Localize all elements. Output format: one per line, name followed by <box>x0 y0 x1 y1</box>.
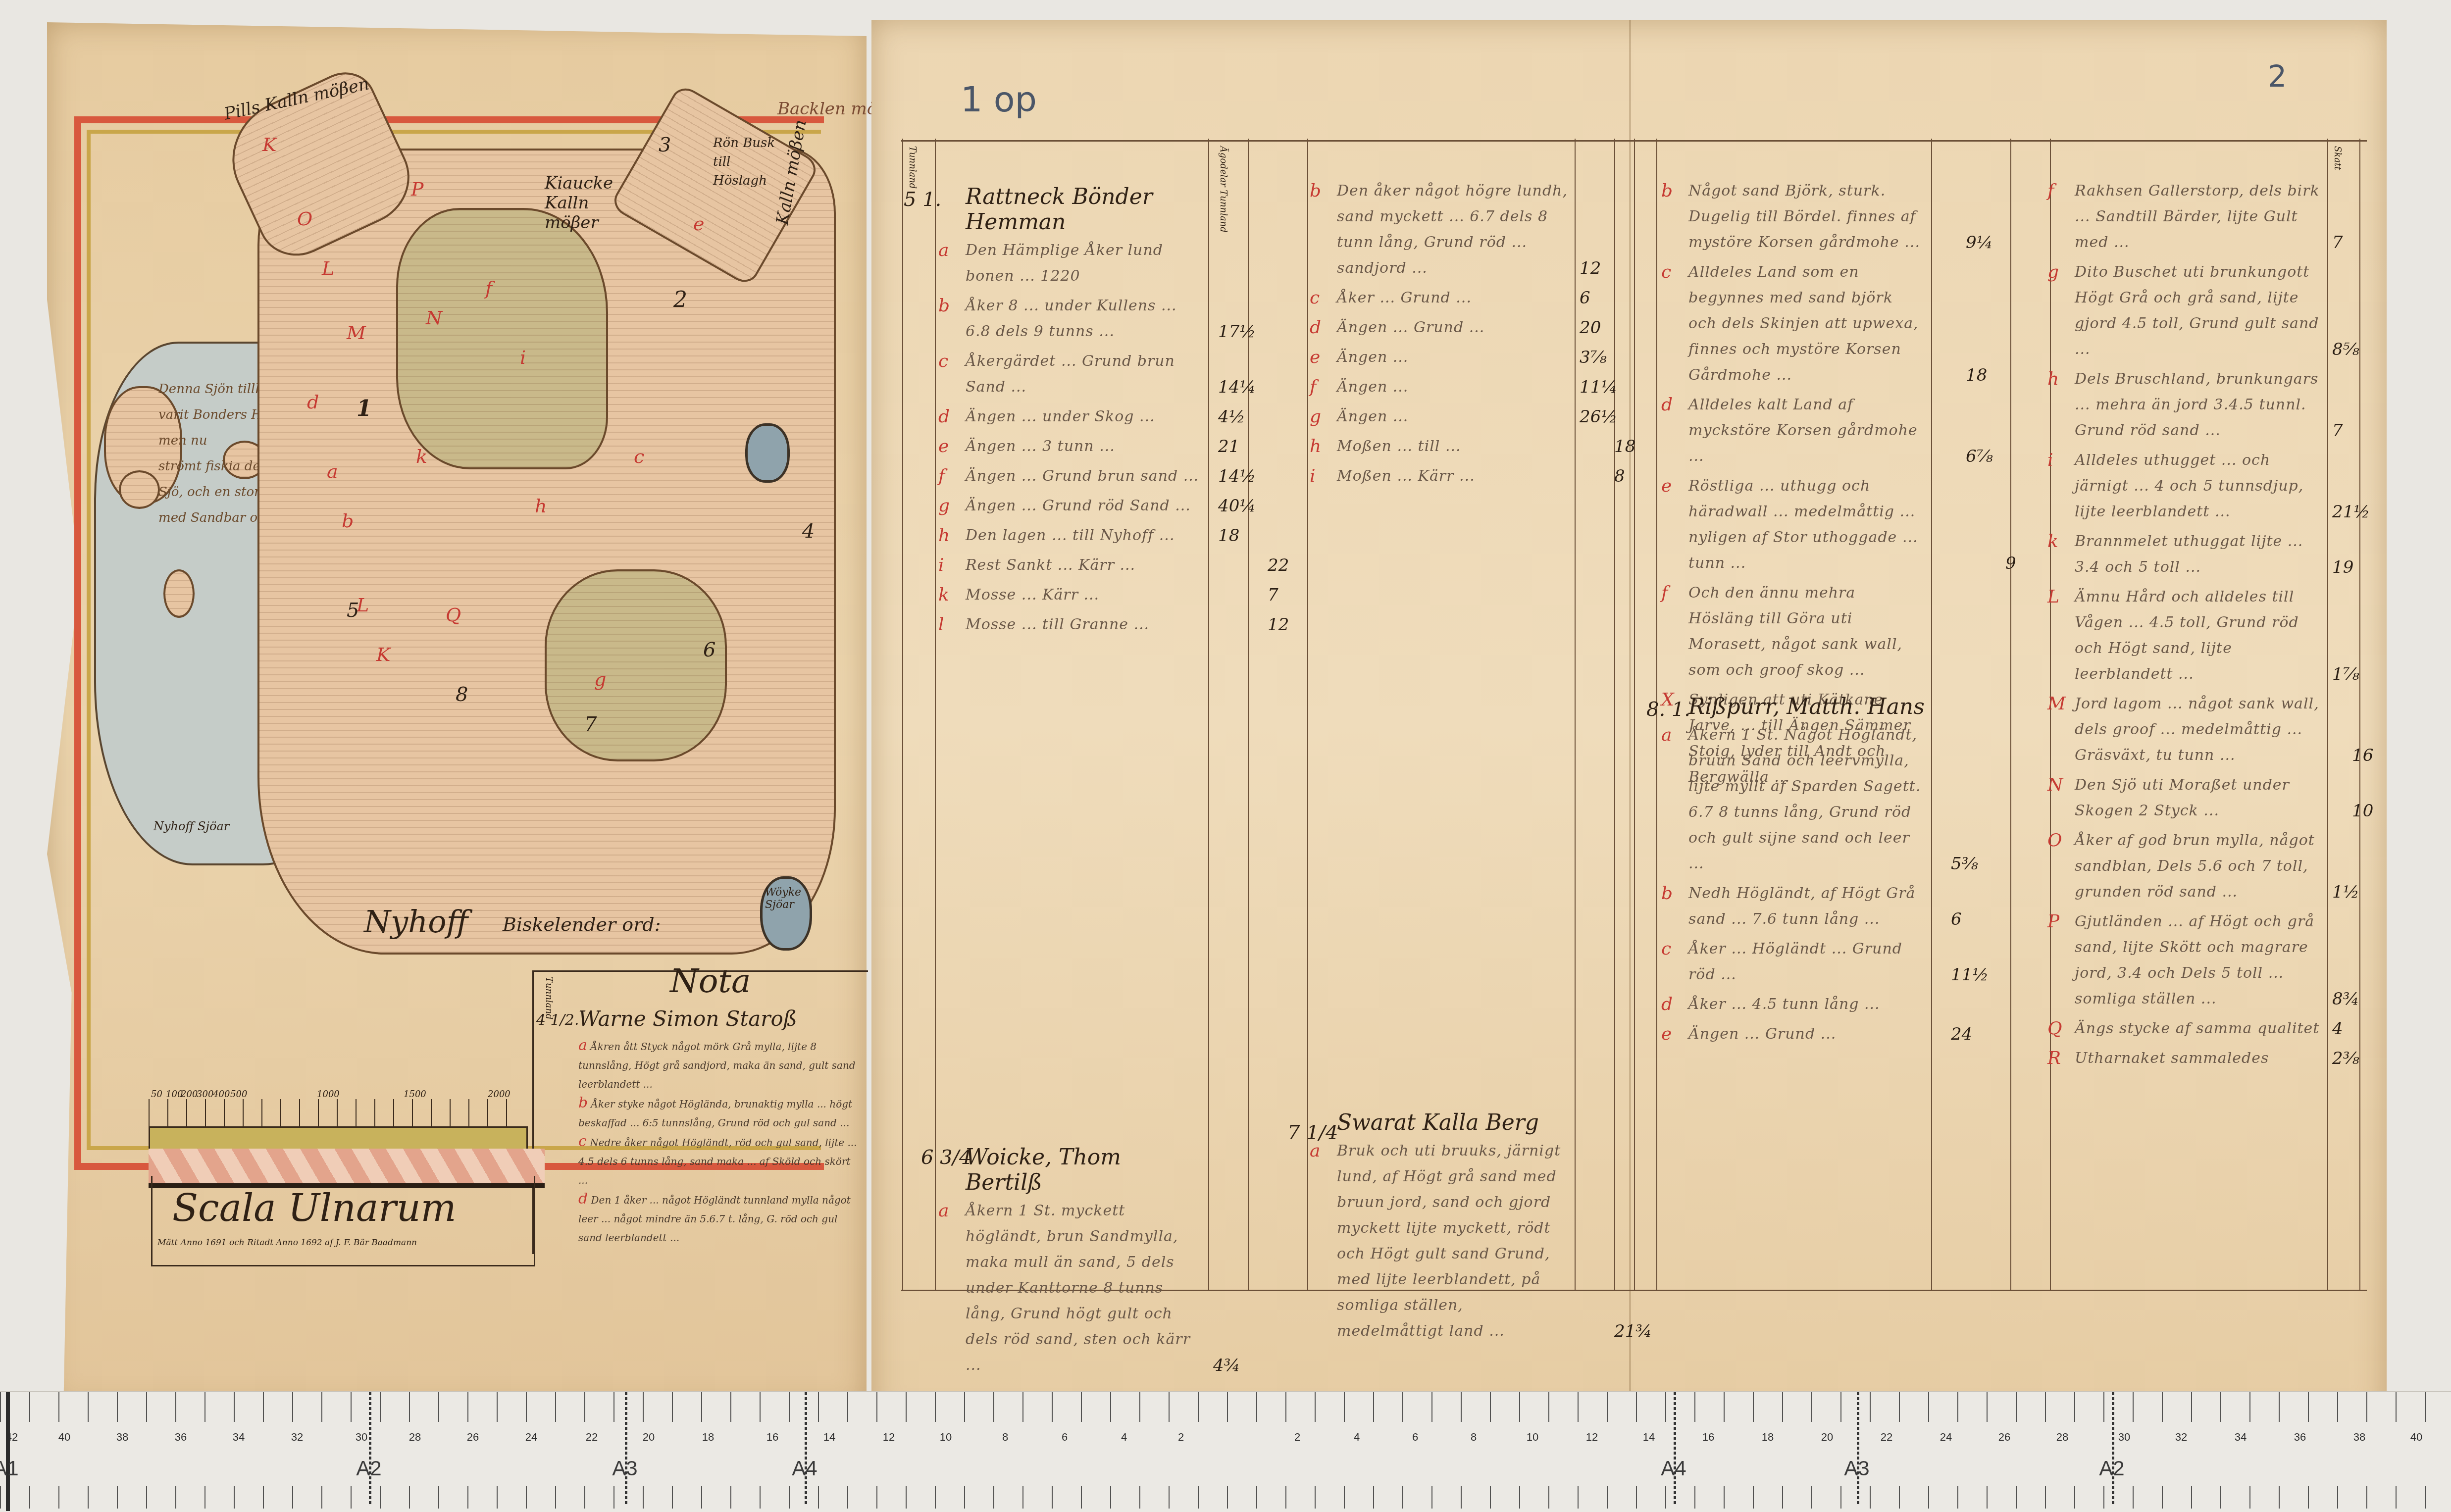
ledger-entry: eÄngen ... 3 tunn ...21 <box>966 434 1203 459</box>
nota-item: c Nedre åker något Högländt, röd och gul… <box>578 1132 861 1190</box>
ledger-entry: gDito Buschet uti brunkungott Högt Grå o… <box>2075 259 2322 362</box>
ledger-entry: cAlldeles Land som en begynnes med sand … <box>1688 259 1926 388</box>
ruler-number: 12 <box>1586 1431 1598 1444</box>
ledger-entry: cÅker ... Grund ...6 <box>1337 285 1570 311</box>
ruler-number: 12 <box>883 1431 895 1444</box>
parcel-number: 3 <box>659 134 671 156</box>
ruler-number: 18 <box>702 1431 714 1444</box>
ruler-number: 14 <box>1643 1431 1655 1444</box>
ruler-number: 26 <box>467 1431 479 1444</box>
meadow-parcel <box>396 208 608 469</box>
ruler-number: 8 <box>1002 1431 1008 1444</box>
column-header: Skatt <box>2332 146 2343 170</box>
ledger-entry: eRöstliga ... uthugg och häradwall ... m… <box>1688 473 1926 576</box>
ruler-number: 30 <box>356 1431 367 1444</box>
ruler-number: 34 <box>2235 1431 2247 1444</box>
parcel-letter: N <box>426 307 442 329</box>
ledger-entry: RUtharnaket sammaledes2⅜ <box>2075 1046 2322 1071</box>
scale-cartouche: Scala Ulnarum Mätt Anno 1691 och Ritadt … <box>151 1176 535 1266</box>
ledger-entry: fOch den ännu mehra Hösläng till Göra ut… <box>1688 580 1926 683</box>
label-biskelender: Biskelender ord: <box>503 913 661 935</box>
column-rule <box>1931 139 1932 1290</box>
ruler-number: 24 <box>525 1431 537 1444</box>
column-rule <box>1634 139 1635 1290</box>
ledger-entry: bDen åker något högre lundh, sand mycket… <box>1337 178 1570 281</box>
ledger-entry: dÅker ... 4.5 tunn lång ... <box>1688 992 1926 1017</box>
ruler-number: 4 <box>1354 1431 1360 1444</box>
parcel-letter: h <box>535 495 547 517</box>
ledger-entry: iAlldeles uthugget ... och järnigt ... 4… <box>2075 448 2322 525</box>
ledger-entry: fRakhsen Gallerstorp, dels birk ... Sand… <box>2075 178 2322 255</box>
ledger-entry: fÄngen ...11¼ <box>1337 374 1570 400</box>
scale-subtitle: Mätt Anno 1691 och Ritadt Anno 1692 af J… <box>157 1238 534 1248</box>
column-rule <box>1575 139 1576 1290</box>
column-rule <box>1614 139 1615 1290</box>
ruler-number: 36 <box>175 1431 187 1444</box>
island <box>119 470 160 509</box>
format-label: A2 <box>2099 1457 2124 1480</box>
nota-item: d Den 1 åker ... något Högländt tunnland… <box>578 1190 861 1247</box>
parcel-letter: d <box>307 391 319 413</box>
column-rule <box>2327 139 2328 1290</box>
ruler-number: 36 <box>2294 1431 2306 1444</box>
ruler-number: 24 <box>1940 1431 1952 1444</box>
parcel-number: 6 <box>703 639 715 661</box>
label-lake-woyke: Wöyke Sjöar <box>765 886 805 911</box>
nota-table: Tunnland Nota 4 1/2. Warne Simon Staroß … <box>532 970 868 1254</box>
ledger-entry: cÅkergärdet ... Grund brun Sand ...14¼ <box>966 349 1203 400</box>
parcel-letter: i <box>520 347 526 368</box>
parcel-letter: k <box>416 446 427 467</box>
label-nyhoff-sjo: Nyhoff Sjöar <box>153 819 229 833</box>
parcel-letter: c <box>634 446 644 467</box>
ruler-number: 6 <box>1062 1431 1068 1444</box>
pencil-folio-mark: 1 op <box>961 79 1037 120</box>
parcel-letter: a <box>327 460 338 482</box>
ruler-number: 16 <box>1702 1431 1714 1444</box>
nota-name: Warne Simon Staroß <box>578 1007 797 1031</box>
ledger-entry: PGjutländen ... af Högt och grå sand, li… <box>2075 909 2322 1012</box>
ruler-number: 32 <box>2175 1431 2187 1444</box>
ledger-entry: eÄngen ...3⅞ <box>1337 345 1570 370</box>
format-label: A4 <box>792 1457 817 1480</box>
scale-tick-label: 2000 <box>488 1089 511 1100</box>
parcel-letter: Q <box>446 604 461 626</box>
ledger-section: Woicke, Thom Bertilß aÅkern 1 St. mycket… <box>966 1139 1203 1382</box>
ledger-entry: eÄngen ... Grund ...24 <box>1688 1021 1926 1047</box>
ledger-entry: gÄngen ...26½ <box>1337 404 1570 430</box>
small-lake <box>745 423 790 483</box>
scale-ticks <box>149 1099 525 1126</box>
scale-tick-label: 1000 <box>317 1089 340 1100</box>
ruler-number: 28 <box>2056 1431 2068 1444</box>
label-nyhoff: Nyhoff <box>364 904 468 940</box>
ledger-entry: iRest Sankt ... Kärr ...22 <box>966 553 1203 578</box>
parcel-letter: f <box>485 277 492 299</box>
ruler-number: 30 <box>2118 1431 2130 1444</box>
ruler-number: 20 <box>1821 1431 1833 1444</box>
nota-item: a Åkren ått Styck något mörk Grå mylla, … <box>578 1036 861 1094</box>
ledger-entry: aÅkern 1 St. Något Högländt, bruun Sand … <box>1688 722 1926 877</box>
scale-tick-label: 500 <box>230 1089 247 1100</box>
ruler-number: 4 <box>1121 1431 1127 1444</box>
parcel-letter: O <box>297 208 312 230</box>
label-ron-bush: Rön Busk till Höslagh <box>713 134 787 190</box>
scale-tick-label: 400 <box>213 1089 230 1100</box>
ruler-number: 14 <box>823 1431 835 1444</box>
ruler-number: 40 <box>2410 1431 2422 1444</box>
ruler-number: 16 <box>766 1431 778 1444</box>
island <box>163 569 195 618</box>
ledger-section: Rattneck Bönder Hemman aDen Hämplige Åke… <box>966 178 1203 642</box>
column-rule <box>1208 139 1209 1290</box>
column-rule <box>2359 139 2360 1290</box>
ruler-number: 22 <box>1881 1431 1892 1444</box>
ledger-entry: hDels Bruschland, brunkungars ... mehra … <box>2075 366 2322 444</box>
section-id: 8. 1. <box>1646 698 1690 721</box>
page-fold <box>1629 20 1631 1421</box>
scale-title: Scala Ulnarum <box>172 1186 457 1230</box>
parcel-number: 1 <box>357 396 372 421</box>
ledger-section: bDen åker något högre lundh, sand mycket… <box>1337 178 1570 493</box>
parcel-letter: M <box>347 322 366 344</box>
measuring-ruler: 42 40 38 36 34 32 30 28 26 24 22 20 18 1… <box>0 1391 2451 1512</box>
section-title: Rattneck Bönder Hemman <box>966 184 1203 235</box>
ledger-entry: bNedh Högländt, af Högt Grå sand ... 7.6… <box>1688 881 1926 932</box>
section-title: Swarat Kalla Berg <box>1337 1110 1570 1135</box>
ledger-entry: lMosse ... till Granne ...12 <box>966 612 1203 638</box>
ledger-section: Swarat Kalla Berg aBruk och uti bruuks, … <box>1337 1104 1570 1348</box>
label-kiaucke: Kiaucke Kalln möβer <box>545 173 624 233</box>
ruler-number: 40 <box>58 1431 70 1444</box>
parcel-letter: e <box>693 213 705 235</box>
ledger-entry: bNågot sand Björk, sturk. Dugelig till B… <box>1688 178 1926 255</box>
ruler-number: 10 <box>1527 1431 1538 1444</box>
ledger-entry: OÅker af god brun mylla, något sandblan,… <box>2075 828 2322 905</box>
ruler-number: 2 <box>1178 1431 1184 1444</box>
nota-item: b Åker styke något Höglända, brunaktig m… <box>578 1094 861 1132</box>
section-title: Rißpurr, Matth. Hans <box>1688 694 1926 719</box>
section-title: Woicke, Thom Bertilß <box>966 1145 1203 1195</box>
ledger-entry: hDen lagen ... till Nyhoff ...18 <box>966 523 1203 549</box>
ruler-ticks-top <box>0 1392 2451 1422</box>
parcel-letter: g <box>594 668 606 690</box>
ledger-section: fRakhsen Gallerstorp, dels birk ... Sand… <box>2075 178 2322 1075</box>
ruler-number: 38 <box>2353 1431 2365 1444</box>
ledger-entry: gÄngen ... Grund röd Sand ...40¼ <box>966 493 1203 519</box>
column-rule <box>935 139 936 1290</box>
pencil-page-number: 2 <box>2268 59 2287 94</box>
meadow-parcel <box>545 569 727 761</box>
scale-tick-label: 50 <box>151 1089 162 1100</box>
ruler-number: 32 <box>291 1431 303 1444</box>
parcel-number: 8 <box>456 683 468 706</box>
format-label: A3 <box>612 1457 637 1480</box>
section-id: 6 3/4 <box>921 1146 972 1169</box>
nota-row-id: 4 1/2. <box>536 1011 579 1029</box>
ruler-number: 34 <box>233 1431 245 1444</box>
parcel-number: 2 <box>673 287 687 312</box>
column-rule <box>902 139 903 1290</box>
nota-title: Nota <box>670 962 751 1000</box>
scale-tick-label: 200 <box>181 1089 198 1100</box>
parcel-number: 5 <box>347 599 359 622</box>
ledger-entry: dÄngen ... Grund ...20 <box>1337 315 1570 341</box>
nota-items: a Åkren ått Styck något mörk Grå mylla, … <box>578 1036 861 1247</box>
ledger-entry: kBrannmelet uthuggat lijte ... 3.4 och 5… <box>2075 529 2322 580</box>
ruler-number: 26 <box>1998 1431 2010 1444</box>
ledger-entry: aÅkern 1 St. myckett högländt, brun Sand… <box>966 1198 1203 1378</box>
format-label: A1 <box>0 1457 19 1480</box>
ruler-number: 10 <box>940 1431 952 1444</box>
parcel-number: 7 <box>584 713 597 736</box>
ledger-entry: kMosse ... Kärr ...7 <box>966 582 1203 608</box>
ledger-entry: cÅker ... Högländt ... Grund röd ...11½ <box>1688 936 1926 988</box>
ruler-number: 38 <box>116 1431 128 1444</box>
ledger-entry: NDen Sjö uti Moraßet under Skogen 2 Styc… <box>2075 772 2322 824</box>
ledger-entry: MJord lagom ... något sank wall, dels gr… <box>2075 691 2322 768</box>
scale-tick-label: 300 <box>197 1089 213 1100</box>
parcel-letter: K <box>376 644 390 665</box>
ledger-entry: bÅker 8 ... under Kullens ... 6.8 dels 9… <box>966 293 1203 345</box>
ledger-entry: LÄmnu Hård och alldeles till Vågen ... 4… <box>2075 584 2322 687</box>
ruler-number: 2 <box>1294 1431 1300 1444</box>
format-label: A3 <box>1844 1457 1869 1480</box>
column-header: Ägodelar Tunnland <box>1218 146 1228 233</box>
ruler-ticks-bottom <box>0 1486 2451 1509</box>
ledger-entry: aDen Hämplige Åker lund bonen ... 1220 <box>966 238 1203 289</box>
ledger-entry: aBruk och uti bruuks, järnigt lund, af H… <box>1337 1138 1570 1344</box>
ledger-entry: hMoßen ... till ...18 <box>1337 434 1570 459</box>
ruler-number: 18 <box>1762 1431 1774 1444</box>
column-rule <box>1307 139 1308 1290</box>
ruler-number: 28 <box>409 1431 421 1444</box>
ledger-entry: dÄngen ... under Skog ...4½ <box>966 404 1203 430</box>
ruler-number: 8 <box>1471 1431 1477 1444</box>
ruler-number: 42 <box>6 1431 18 1444</box>
ledger-entry: dAlldeles kalt Land af myckstöre Korsen … <box>1688 392 1926 469</box>
parcel-number: 4 <box>802 520 815 543</box>
ruler-number: 22 <box>586 1431 598 1444</box>
format-label: A4 <box>1661 1457 1686 1480</box>
ledger-entry: iMoßen ... Kärr ...8 <box>1337 463 1570 489</box>
section-id: 5 1. <box>904 188 941 211</box>
parcel-letter: P <box>411 178 424 200</box>
ledger-section: Rißpurr, Matth. Hans aÅkern 1 St. Något … <box>1688 688 1926 1051</box>
ledger-entry: fÄngen ... Grund brun sand ...14½ <box>966 463 1203 489</box>
scale-tick-label: 1500 <box>404 1089 426 1100</box>
column-rule <box>2010 139 2011 1290</box>
parcel-letter: K <box>262 134 276 155</box>
ledger-entry: QÄngs stycke af samma qualitet4 <box>2075 1016 2322 1042</box>
ruler-number: 6 <box>1412 1431 1418 1444</box>
column-header: Tunnland <box>907 146 918 189</box>
parcel-letter: b <box>342 510 354 532</box>
column-rule <box>1248 139 1249 1290</box>
ruler-number: 20 <box>643 1431 655 1444</box>
parcel-letter: L <box>322 257 334 279</box>
format-label: A2 <box>356 1457 381 1480</box>
